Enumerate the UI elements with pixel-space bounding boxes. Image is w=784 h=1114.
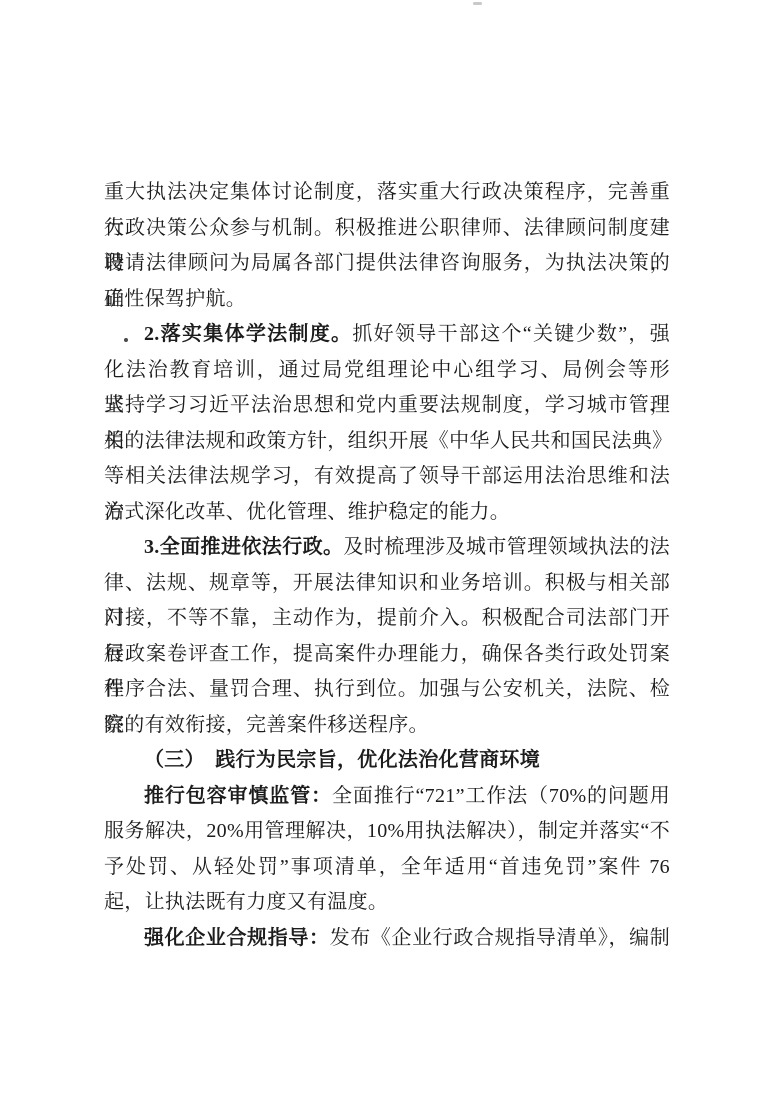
document-text-block: 重大执法决定集体讨论制度，落实重大行政决策程序，完善重大行政决策公众参与机制。积… <box>104 175 670 956</box>
text-line: 重大执法决定集体讨论制度，落实重大行政决策程序，完善重大 <box>104 175 670 211</box>
text-segment: 予处罚、从轻处罚”事项清单，全年适用“首违免罚”案件 76 <box>104 856 670 878</box>
text-line: 推行包容审慎监管：全面推行“721”工作法（70%的问题用 <box>104 779 670 815</box>
text-line: 行政案卷评查工作，提高案件办理能力，确保各类行政处罚案件 <box>104 637 670 673</box>
text-line: 强化企业合规指导：发布《企业行政合规指导清单》，编制 <box>104 921 670 957</box>
text-line: 确性保驾护航。 <box>104 282 670 318</box>
text-line: 等相关法律法规学习，有效提高了领导干部运用法治思维和法治 <box>104 459 670 495</box>
scan-speck-artifact <box>473 2 482 5</box>
text-segment: 关的法律法规和政策方针，组织开展《中华人民共和国民法典》 <box>104 430 672 452</box>
text-line: 行政决策公众参与机制。积极推进公职律师、法律顾问制度建设， <box>104 211 670 247</box>
text-segment: 院的有效衔接，完善案件移送程序。 <box>104 714 429 736</box>
document-page: 重大执法决定集体讨论制度，落实重大行政决策程序，完善重大行政决策公众参与机制。积… <box>0 0 784 1114</box>
text-line: 程序合法、量罚合理、执行到位。加强与公安机关，法院、检察 <box>104 672 670 708</box>
text-segment-bold: 强化企业合规指导： <box>144 927 330 949</box>
text-segment: 服务解决，20%用管理解决，10%用执法解决），制定并落实“不 <box>104 820 670 842</box>
text-segment: 抓好领导干部这个“关键少数”，强 <box>352 323 670 345</box>
text-line: 化法治教育培训，通过局党组理论中心组学习、局例会等形式， <box>104 353 670 389</box>
text-segment: 及时梳理涉及城市管理领域执法的法 <box>343 536 670 558</box>
text-segment: 方式深化改革、优化管理、维护稳定的能力。 <box>104 501 510 523</box>
text-line: 坚持学习习近平法治思想和党内重要法规制度，学习城市管理相 <box>104 388 670 424</box>
text-segment: 确性保驾护航。 <box>104 288 246 310</box>
text-line: 关的法律法规和政策方针，组织开展《中华人民共和国民法典》 <box>104 424 670 460</box>
text-line: 院的有效衔接，完善案件移送程序。 <box>104 708 670 744</box>
text-segment: 全面推行“721”工作法（70%的问题用 <box>332 785 670 807</box>
text-line: 起，让执法既有力度又有温度。 <box>104 885 670 921</box>
text-line: 3.全面推进依法行政。及时梳理涉及城市管理领域执法的法 <box>104 530 670 566</box>
text-line: 对接，不等不靠，主动作为，提前介入。积极配合司法部门开展 <box>104 601 670 637</box>
text-segment-bold: 2.落实集体学法制度。 <box>144 323 352 345</box>
text-line: 予处罚、从轻处罚”事项清单，全年适用“首违免罚”案件 76 <box>104 850 670 886</box>
text-line: 2.落实集体学法制度。抓好领导干部这个“关键少数”，强 <box>104 317 670 353</box>
text-segment-bold: 3.全面推进依法行政。 <box>144 536 343 558</box>
text-line: 律、法规、规章等，开展法律知识和业务培训。积极与相关部门 <box>104 566 670 602</box>
text-line: 聘请法律顾问为局属各部门提供法律咨询服务，为执法决策的正 <box>104 246 670 282</box>
text-segment-bold: （三） 践行为民宗旨，优化法治化营商环境 <box>144 749 540 771</box>
text-segment-bold: 推行包容审慎监管： <box>144 785 332 807</box>
text-line: （三） 践行为民宗旨，优化法治化营商环境 <box>104 743 670 779</box>
text-line: 服务解决，20%用管理解决，10%用执法解决），制定并落实“不 <box>104 814 670 850</box>
text-line: 方式深化改革、优化管理、维护稳定的能力。 <box>104 495 670 531</box>
text-segment: 起，让执法既有力度又有温度。 <box>104 891 388 913</box>
text-segment: 发布《企业行政合规指导清单》，编制 <box>330 927 670 949</box>
